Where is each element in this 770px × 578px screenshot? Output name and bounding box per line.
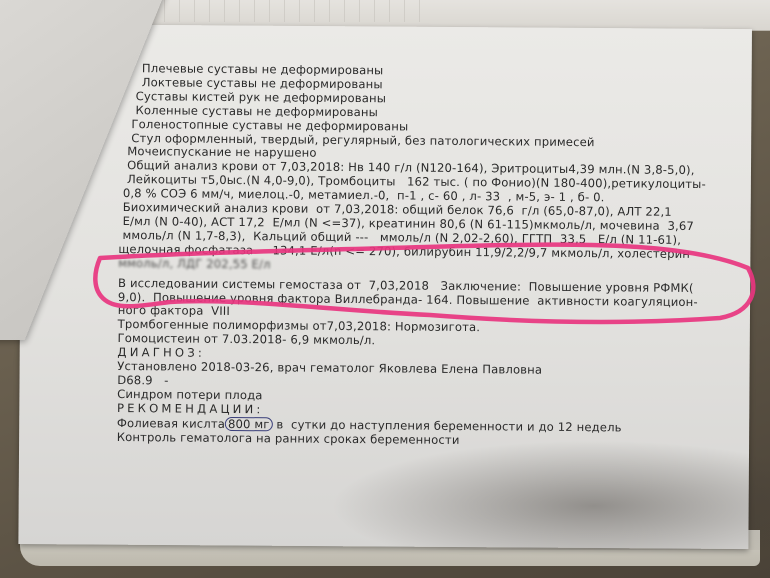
- folic-acid-label: Фолиевая кислта: [117, 416, 225, 431]
- folic-acid-dose-circled: 800 мг: [225, 417, 273, 431]
- blood-test-section: Общий анализ крови от 7,03,2018: Нв 140 …: [119, 159, 759, 206]
- background-notebook-ruling: [150, 0, 430, 22]
- biochemistry-section: Биохимический анализ крови от 7,03,2018:…: [118, 201, 759, 276]
- exam-section: Плечевые суставы не деформированы Локтев…: [119, 62, 760, 165]
- medical-report-text: Плечевые суставы не деформированы Локтев…: [117, 62, 760, 450]
- hemostasis-section: В исследовании системы гемостаза от 7,03…: [118, 277, 758, 324]
